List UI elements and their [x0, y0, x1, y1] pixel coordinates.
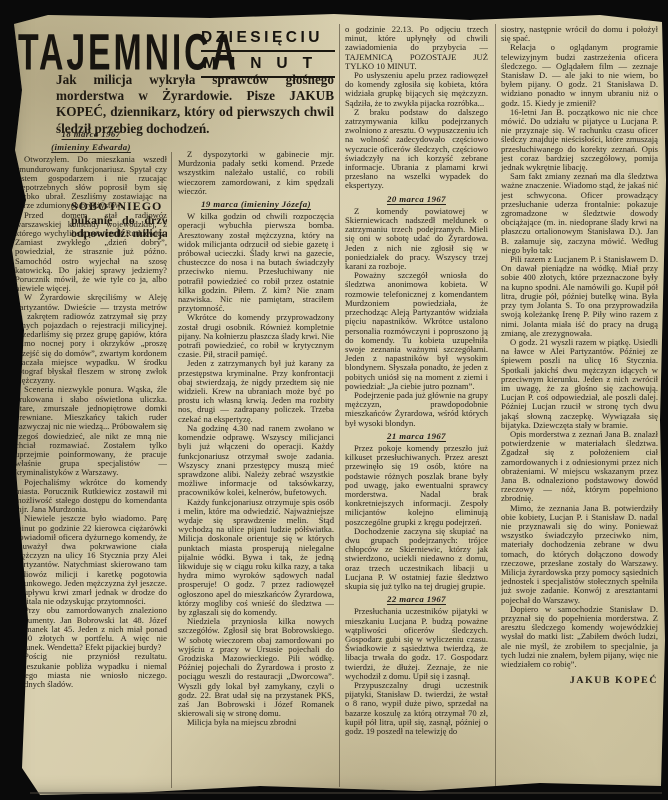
- article-column-4: siostry, następnie wrócił do domu i poło…: [501, 25, 658, 789]
- article-paragraph: Każdy funkcjonariusz otrzymuje spis osób…: [178, 498, 334, 618]
- date-header: 21 marca 1967: [345, 432, 488, 441]
- article-paragraph: Z braku podstaw do dalszego zatrzymywani…: [345, 108, 488, 191]
- article-paragraph: Na godzinę 4.30 nad ranem zwołano w kome…: [178, 424, 334, 498]
- article-paragraph: Milicja była na miejscu zbrodni: [178, 718, 334, 727]
- article-paragraph: Po usłyszeniu apelu przez radiowęzeł do …: [345, 71, 488, 108]
- article-paragraph: Przez pokoje komendy przeszło już kilkus…: [345, 444, 488, 527]
- article-paragraph: Podejrzenie pada już głównie na grupy mę…: [345, 391, 488, 428]
- article-paragraph: Mimo, że zeznania Jana B. potwierdziły o…: [501, 504, 658, 605]
- article-paragraph: Sam fakt zmiany zeznań ma dla śledztwa w…: [501, 172, 658, 255]
- article-paragraph: Sceneria niezwykle ponura. Wąska, źle br…: [15, 385, 167, 477]
- article-paragraph: Pościg nie przyniósł rezultatu. Przeszuk…: [15, 652, 167, 689]
- article-paragraph: Pili razem z Lucjanem P. i Stanisławem D…: [501, 255, 658, 338]
- article-paragraph: Przypuszczalny drugi uczestnik pijatyki,…: [345, 681, 488, 736]
- article-paragraph: Dopiero w samochodzie Stanisław D. przyz…: [501, 605, 658, 669]
- article-paragraph: Poważny szczegół wniosła do śledztwa ano…: [345, 271, 488, 391]
- article-paragraph: Dochodzenie zaczyna się skupiać na dwu g…: [345, 527, 488, 591]
- date-header: 22 marca 1967: [345, 595, 488, 604]
- article-paragraph: Przesłuchania uczestników pijatyki w mie…: [345, 607, 488, 681]
- date-header: (imieniny Edwarda): [15, 143, 167, 152]
- article-paragraph: W kilka godzin od chwili rozpoczęcia ope…: [178, 212, 334, 313]
- article-paragraph: Pojechaliśmy wkrótce do komendy miasta. …: [15, 478, 167, 515]
- author-byline: JAKUB KOPEĆ: [501, 676, 658, 685]
- article-paragraph: Relacja o oglądanym programie telewizyjn…: [501, 43, 658, 107]
- article-column-2: Z dyspozytorki w gabinecie mjr. Murdzoni…: [178, 150, 334, 790]
- scanner-background: TAJEMNICA DZIESIĘCIU MINUT Jak milicja w…: [0, 0, 668, 800]
- scanned-newspaper-page: { "colors":{"background":"#0a0a0a","pape…: [0, 0, 668, 800]
- article-paragraph: Z komendy powiatowej w Skierniewicach na…: [345, 207, 488, 271]
- article-paragraph: Jeden z zatrzymanych był już karany za p…: [178, 359, 334, 423]
- date-header: 18 marca 1967: [15, 130, 167, 139]
- lead-paragraph: SOBOTNIEGO brydża przerwało głośne pukan…: [71, 200, 167, 241]
- headline-subtitle: DZIESIĘCIU MINUT: [201, 29, 335, 78]
- article-column-3: o godzinie 22.13. Po odjęciu trzech minu…: [345, 25, 488, 789]
- article-column-1: 18 marca 1967(imieniny Edwarda)SOBOTNIEG…: [15, 126, 167, 790]
- article-paragraph: Z dyspozytorki w gabinecie mjr. Murdzoni…: [178, 150, 334, 196]
- article-paragraph: Przy obu zamordowanych znaleziono dokume…: [15, 606, 167, 652]
- article-paragraph: Wkrótce do komendy przyprowadzony został…: [178, 313, 334, 359]
- newspaper-clipping: TAJEMNICA DZIESIĘCIU MINUT Jak milicja w…: [0, 0, 668, 800]
- article-paragraph: Opis morderstwa z zeznań Jana B. znalazł…: [501, 430, 658, 504]
- column-divider: [495, 24, 496, 787]
- article-paragraph: O godz. 21 wyszli razem w piątkę. Usiedl…: [501, 338, 658, 430]
- article-paragraph: 16-letni Jan B. początkowo nic nie chce …: [501, 108, 658, 172]
- headline-subtitle-line1: DZIESIĘCIU: [201, 29, 335, 52]
- scan-edge-line: [30, 792, 662, 794]
- article-paragraph: W Żyrardowie skręciliśmy w Aleję Partyza…: [15, 293, 167, 385]
- column-divider: [339, 24, 340, 787]
- article-paragraph: o godzinie 22.13. Po odjęciu trzech minu…: [345, 25, 488, 71]
- article-paragraph: siostry, następnie wrócił do domu i poło…: [501, 25, 658, 43]
- column-divider: [171, 152, 172, 788]
- date-header: 19 marca (imieniny Józefa): [178, 200, 334, 209]
- article-paragraph: Niewiele jeszcze było wiadomo. Parę minu…: [15, 514, 167, 606]
- date-header: 20 marca 1967: [345, 195, 488, 204]
- article-paragraph: Niedziela przyniosła kilka nowych szczeg…: [178, 617, 334, 718]
